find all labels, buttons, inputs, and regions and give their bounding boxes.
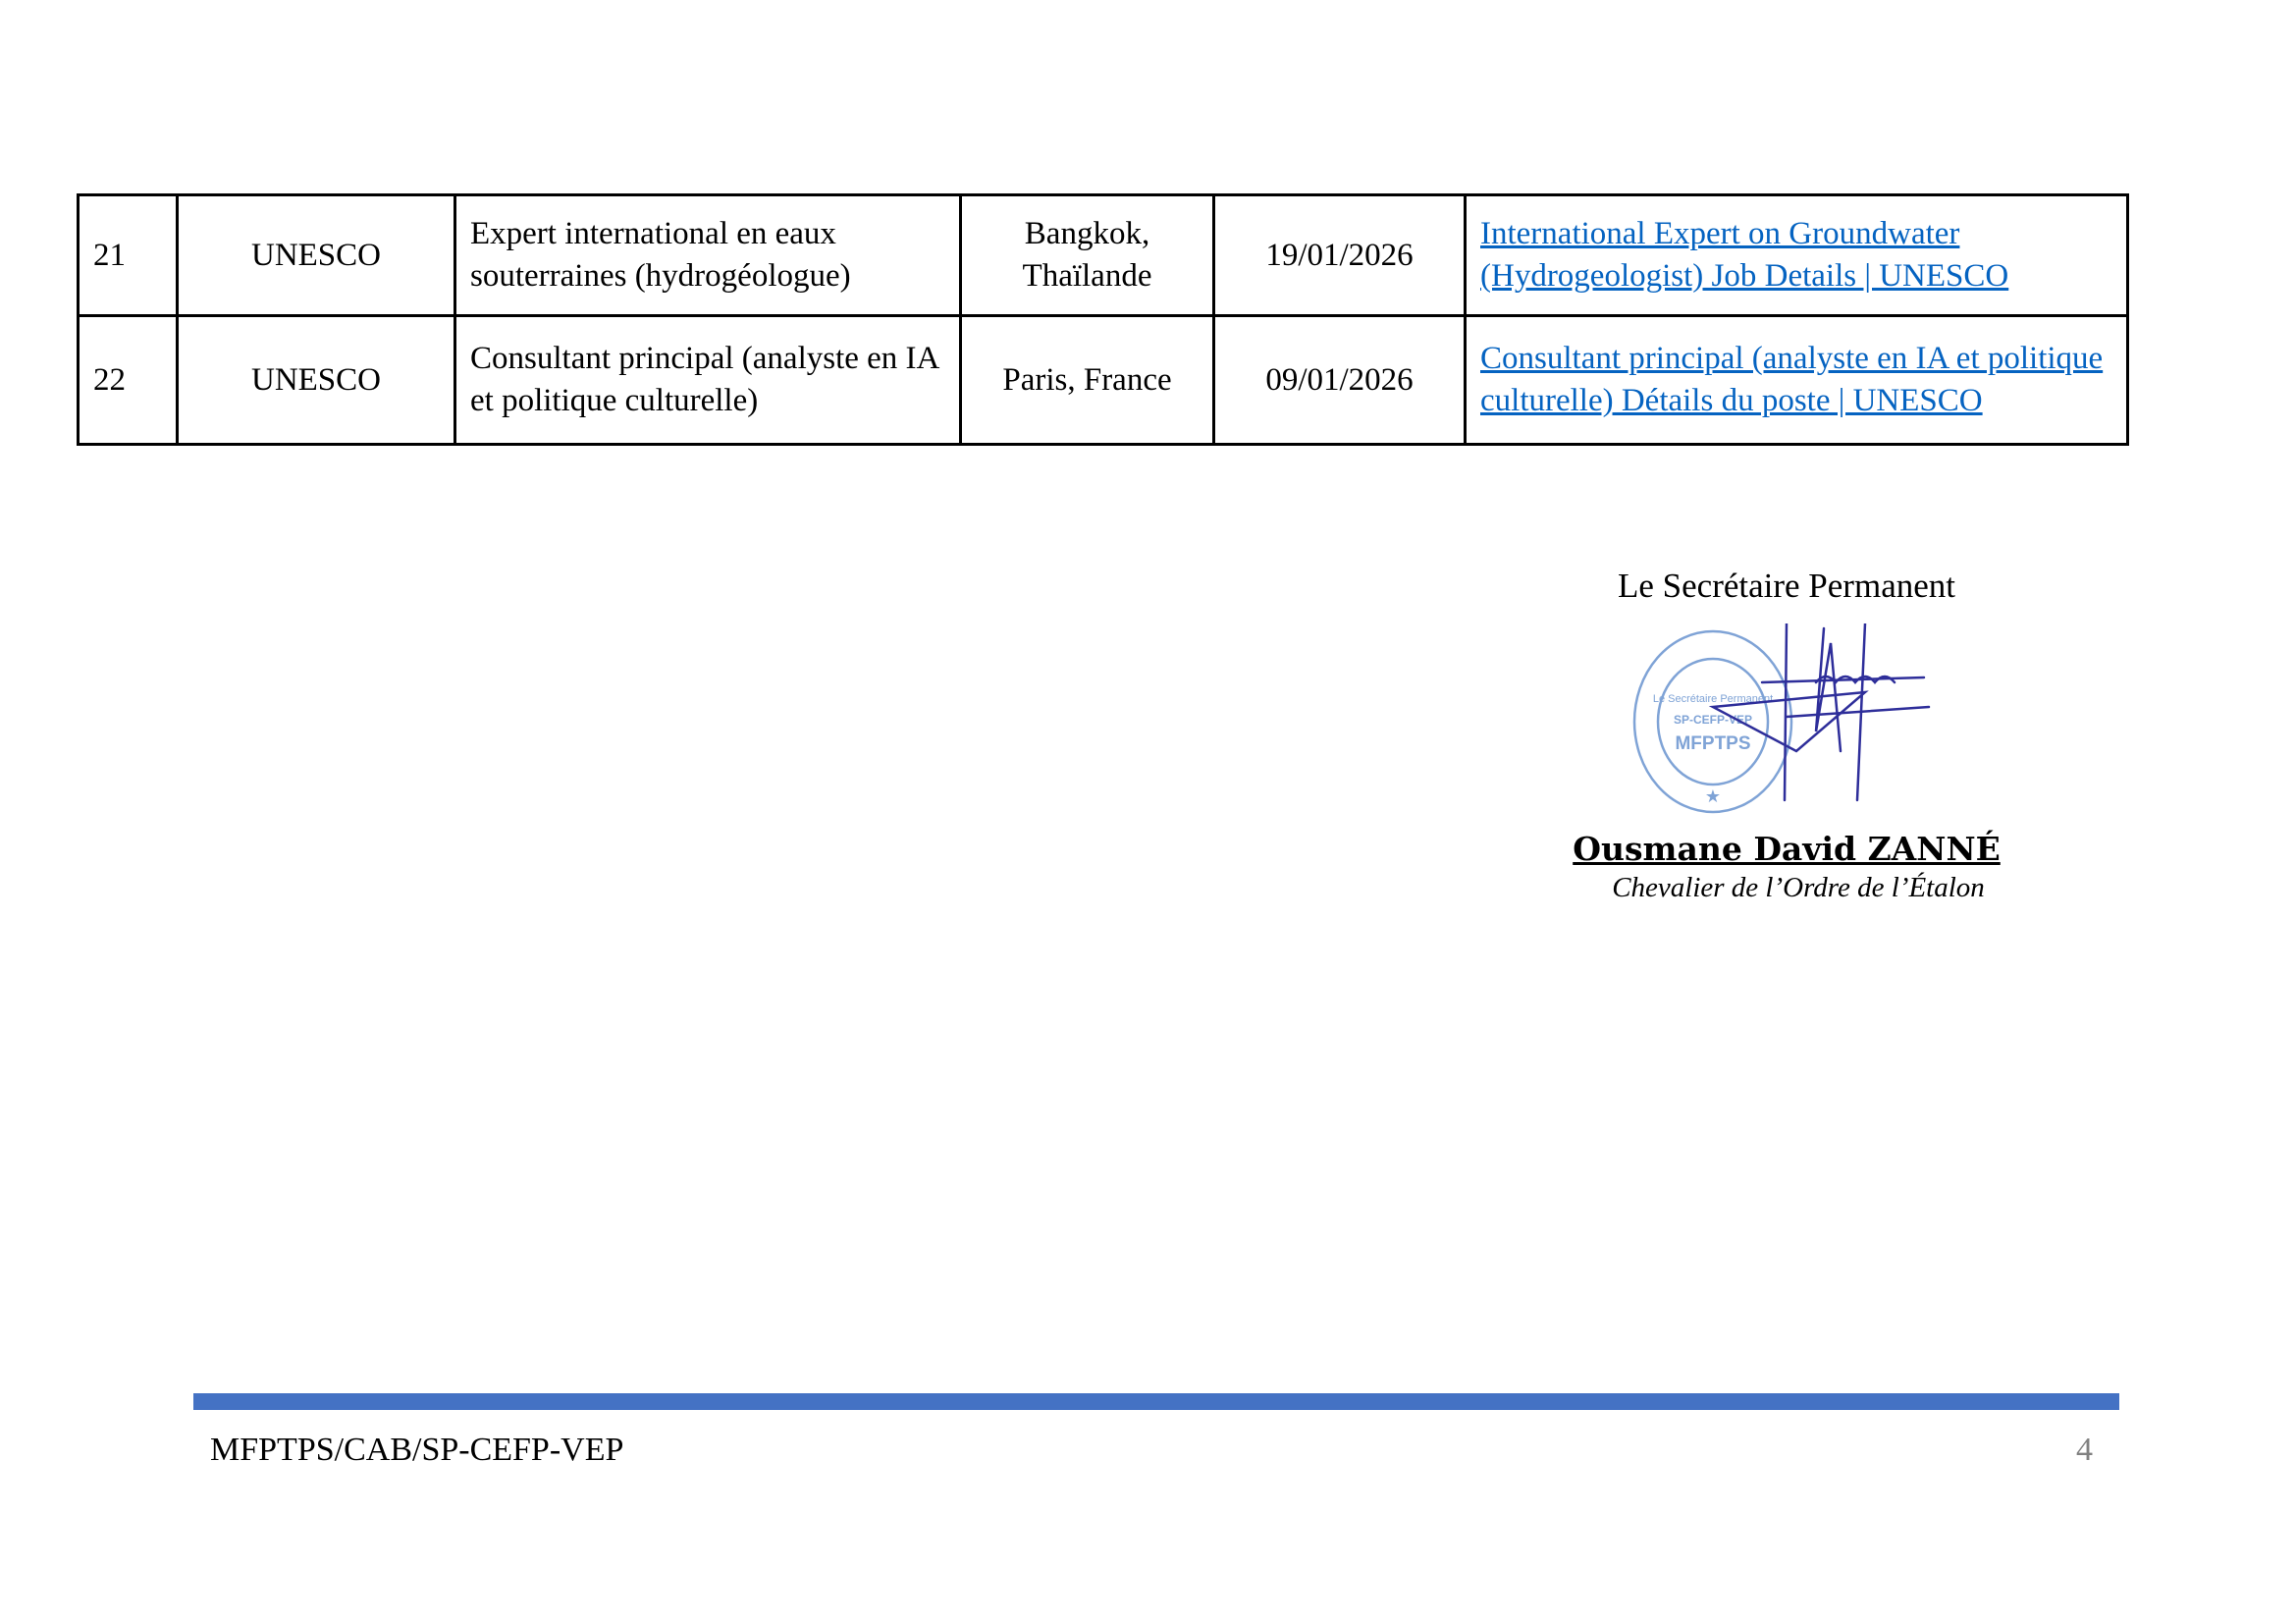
official-stamp: Le Secrétaire Permanent SP-CEFP-VEP MFPT… [1629,623,1944,820]
job-title-cell: Expert international en eaux souterraine… [455,195,961,316]
job-link[interactable]: Consultant principal (analyste en IA et … [1480,341,2103,418]
deadline-cell: 09/01/2026 [1214,316,1466,445]
table-row: 22 UNESCO Consultant principal (analyste… [79,316,2128,445]
svg-text:SP-CEFP-VEP: SP-CEFP-VEP [1674,713,1752,727]
location-cell: Paris, France [961,316,1214,445]
table-row: 21 UNESCO Expert international en eaux s… [79,195,2128,316]
page-number: 4 [2076,1432,2093,1469]
job-title-cell: Consultant principal (analyste en IA et … [455,316,961,445]
organization-cell: UNESCO [178,195,455,316]
signature-block: Le Secrétaire Permanent Le Secrétaire Pe… [1531,565,2042,904]
job-link[interactable]: International Expert on Groundwater (Hyd… [1480,216,2008,294]
location-cell: Bangkok, Thaïlande [961,195,1214,316]
link-cell: Consultant principal (analyste en IA et … [1466,316,2128,445]
svg-text:MFPTPS: MFPTPS [1675,733,1750,754]
organization-cell: UNESCO [178,316,455,445]
signatory-name: Ousmane David ZANNÉ [1531,830,2042,868]
row-number: 22 [79,316,178,445]
signatory-distinction: Chevalier de l’Ordre de l’Étalon [1531,872,2042,904]
job-offers-table: 21 UNESCO Expert international en eaux s… [77,193,2129,446]
row-number: 21 [79,195,178,316]
svg-text:★: ★ [1705,786,1721,807]
stamp-and-signature-icon: Le Secrétaire Permanent SP-CEFP-VEP MFPT… [1629,623,1944,820]
document-page: 21 UNESCO Expert international en eaux s… [0,0,2296,1624]
deadline-cell: 19/01/2026 [1214,195,1466,316]
footer-divider-bar [193,1393,2119,1410]
signatory-role: Le Secrétaire Permanent [1531,565,2042,608]
link-cell: International Expert on Groundwater (Hyd… [1466,195,2128,316]
footer-reference: MFPTPS/CAB/SP-CEFP-VEP [210,1432,623,1469]
